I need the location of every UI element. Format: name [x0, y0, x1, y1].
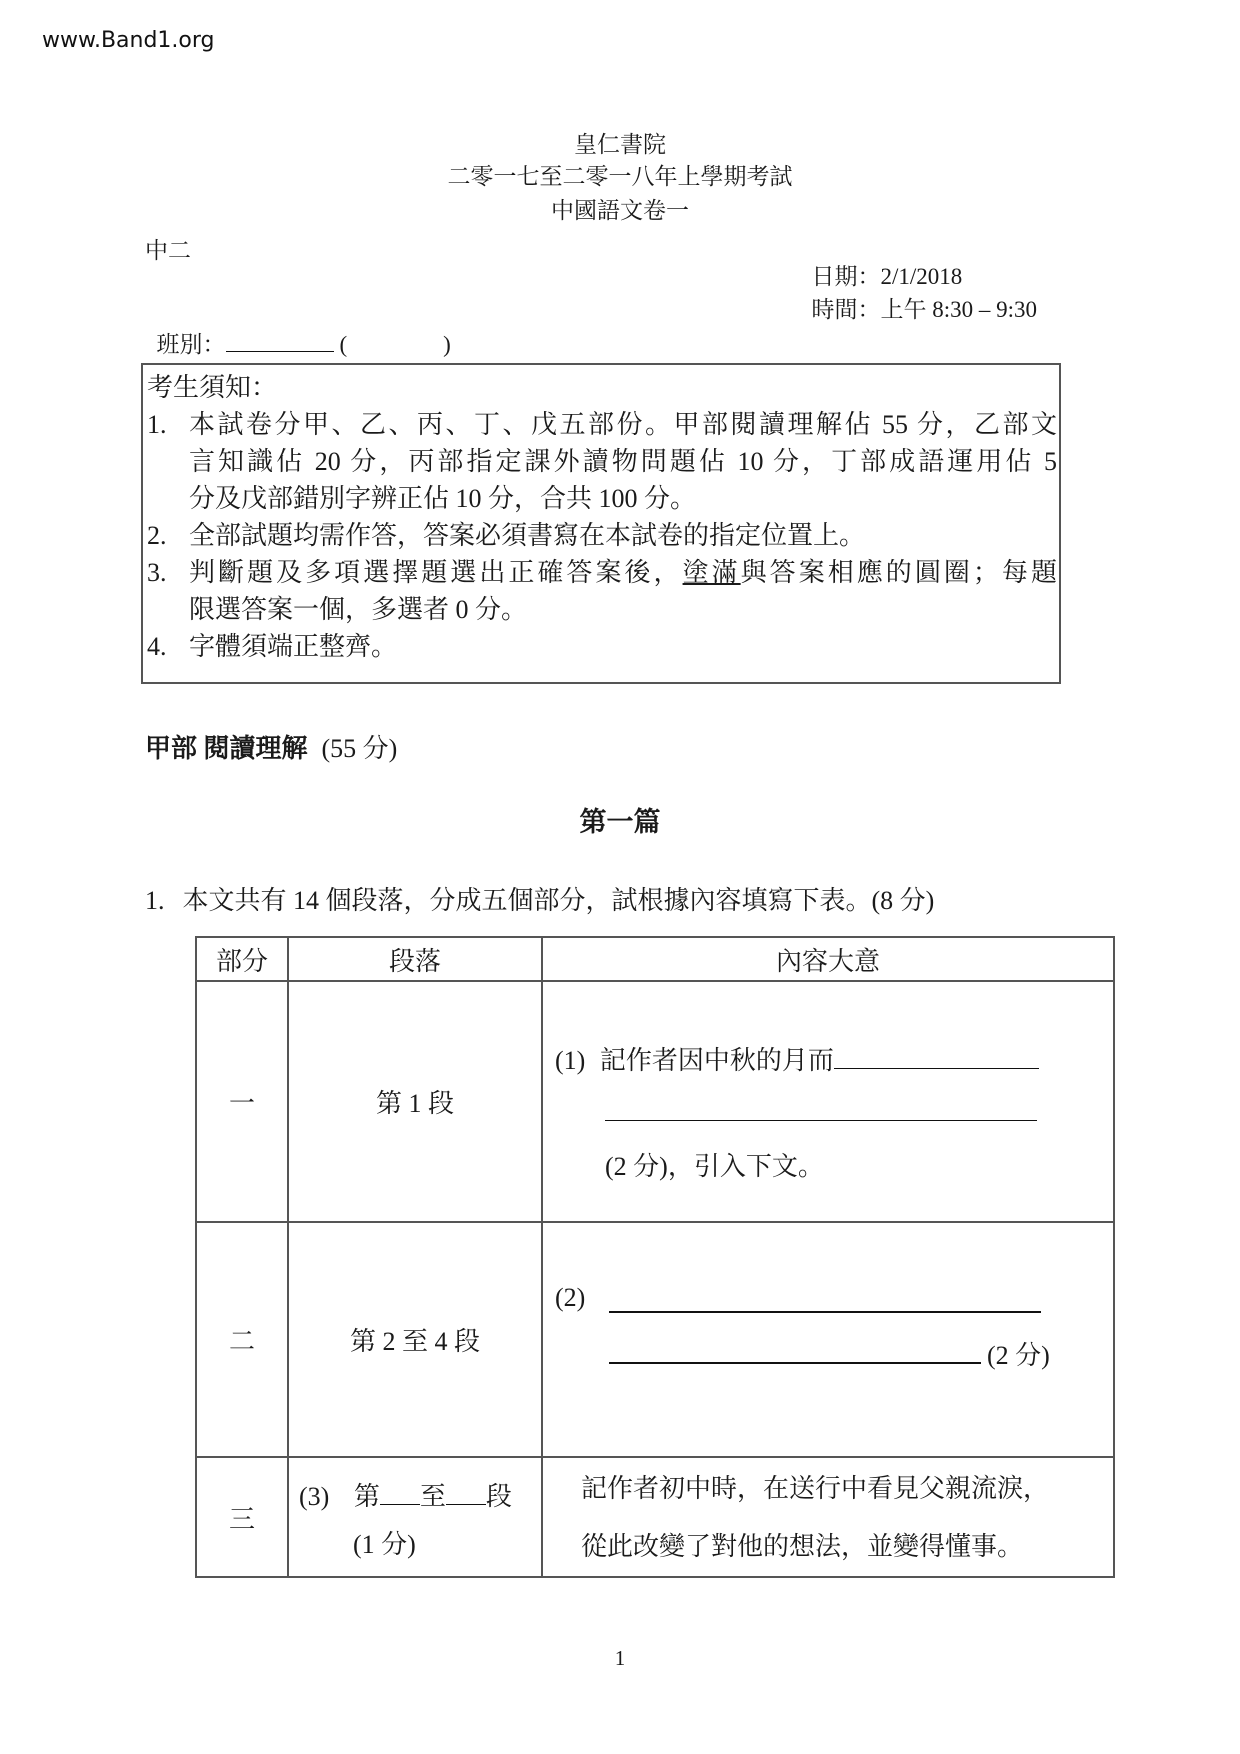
answer-blank[interactable] — [605, 1100, 1037, 1121]
answer-cell-2: (2) (2 分) — [542, 1222, 1114, 1457]
paragraph-cell-3: (3) 第至段 (1 分) — [288, 1457, 542, 1577]
class-field: 班別：() — [145, 300, 451, 359]
question-1: 1.本文共有 14 個段落，分成五個部分，試根據內容填寫下表。(8 分) — [145, 880, 934, 917]
underlined-emphasis: 塗滿 — [683, 558, 741, 587]
paragraph-end-blank[interactable] — [446, 1504, 486, 1505]
table-row: 二 第 2 至 4 段 (2) (2 分) — [196, 1222, 1114, 1457]
header-part: 部分 — [196, 937, 288, 981]
exam-time: 時間：上午 8:30 – 9:30 — [800, 265, 1037, 324]
time-value: 上午 8:30 – 9:30 — [881, 297, 1038, 322]
school-name: 皇仁書院 — [0, 126, 1240, 159]
section-heading: 甲部 閱讀理解(55 分) — [145, 728, 397, 765]
candidate-instructions: 考生須知： 1. 本試卷分甲、乙、丙、丁、戊五部份。甲部閱讀理解佔 55 分，乙… — [141, 363, 1061, 684]
instructions-title: 考生須知： — [147, 369, 1057, 406]
answer-cell-1: (1) 記作者因中秋的月而 (2 分)，引入下文。 — [542, 981, 1114, 1222]
exam-term: 二零一七至二零一八年上學期考試 — [0, 158, 1240, 191]
header-content: 內容大意 — [542, 937, 1114, 981]
class-label: 班別： — [157, 332, 226, 357]
table-header-row: 部分 段落 內容大意 — [196, 937, 1114, 981]
time-label: 時間： — [812, 297, 881, 322]
passage-title: 第一篇 — [0, 800, 1240, 839]
form-level: 中二 — [145, 232, 191, 265]
instruction-item: 3. 判斷題及多項選擇題選出正確答案後，塗滿與答案相應的圓圈；每題 限選答案一個… — [147, 554, 1057, 628]
answer-table: 部分 段落 內容大意 一 第 1 段 (1) 記作者因中秋的月而 (2 分)，引… — [195, 936, 1115, 1578]
class-blank[interactable] — [226, 351, 334, 352]
paragraph-start-blank[interactable] — [380, 1504, 420, 1505]
instruction-item: 4. 字體須端正整齊。 — [147, 628, 1057, 665]
answer-cell-3: 記作者初中時，在送行中看見父親流淚， 從此改變了對他的想法，並變得懂事。 — [542, 1457, 1114, 1577]
table-row: 三 (3) 第至段 (1 分) 記作者初中時，在送行中看見父親流淚， 從此改變了… — [196, 1457, 1114, 1577]
instruction-item: 2. 全部試題均需作答，答案必須書寫在本試卷的指定位置上。 — [147, 517, 1057, 554]
instruction-item: 1. 本試卷分甲、乙、丙、丁、戊五部份。甲部閱讀理解佔 55 分，乙部文 言知識… — [147, 406, 1057, 517]
answer-blank[interactable] — [834, 1068, 1039, 1069]
table-row: 一 第 1 段 (1) 記作者因中秋的月而 (2 分)，引入下文。 — [196, 981, 1114, 1222]
answer-blank[interactable] — [609, 1342, 981, 1364]
page-number: 1 — [0, 1646, 1240, 1671]
answer-blank[interactable] — [609, 1291, 1041, 1313]
header-paragraph: 段落 — [288, 937, 542, 981]
site-watermark: www.Band1.org — [42, 28, 215, 53]
paper-title: 中國語文卷一 — [0, 192, 1240, 225]
